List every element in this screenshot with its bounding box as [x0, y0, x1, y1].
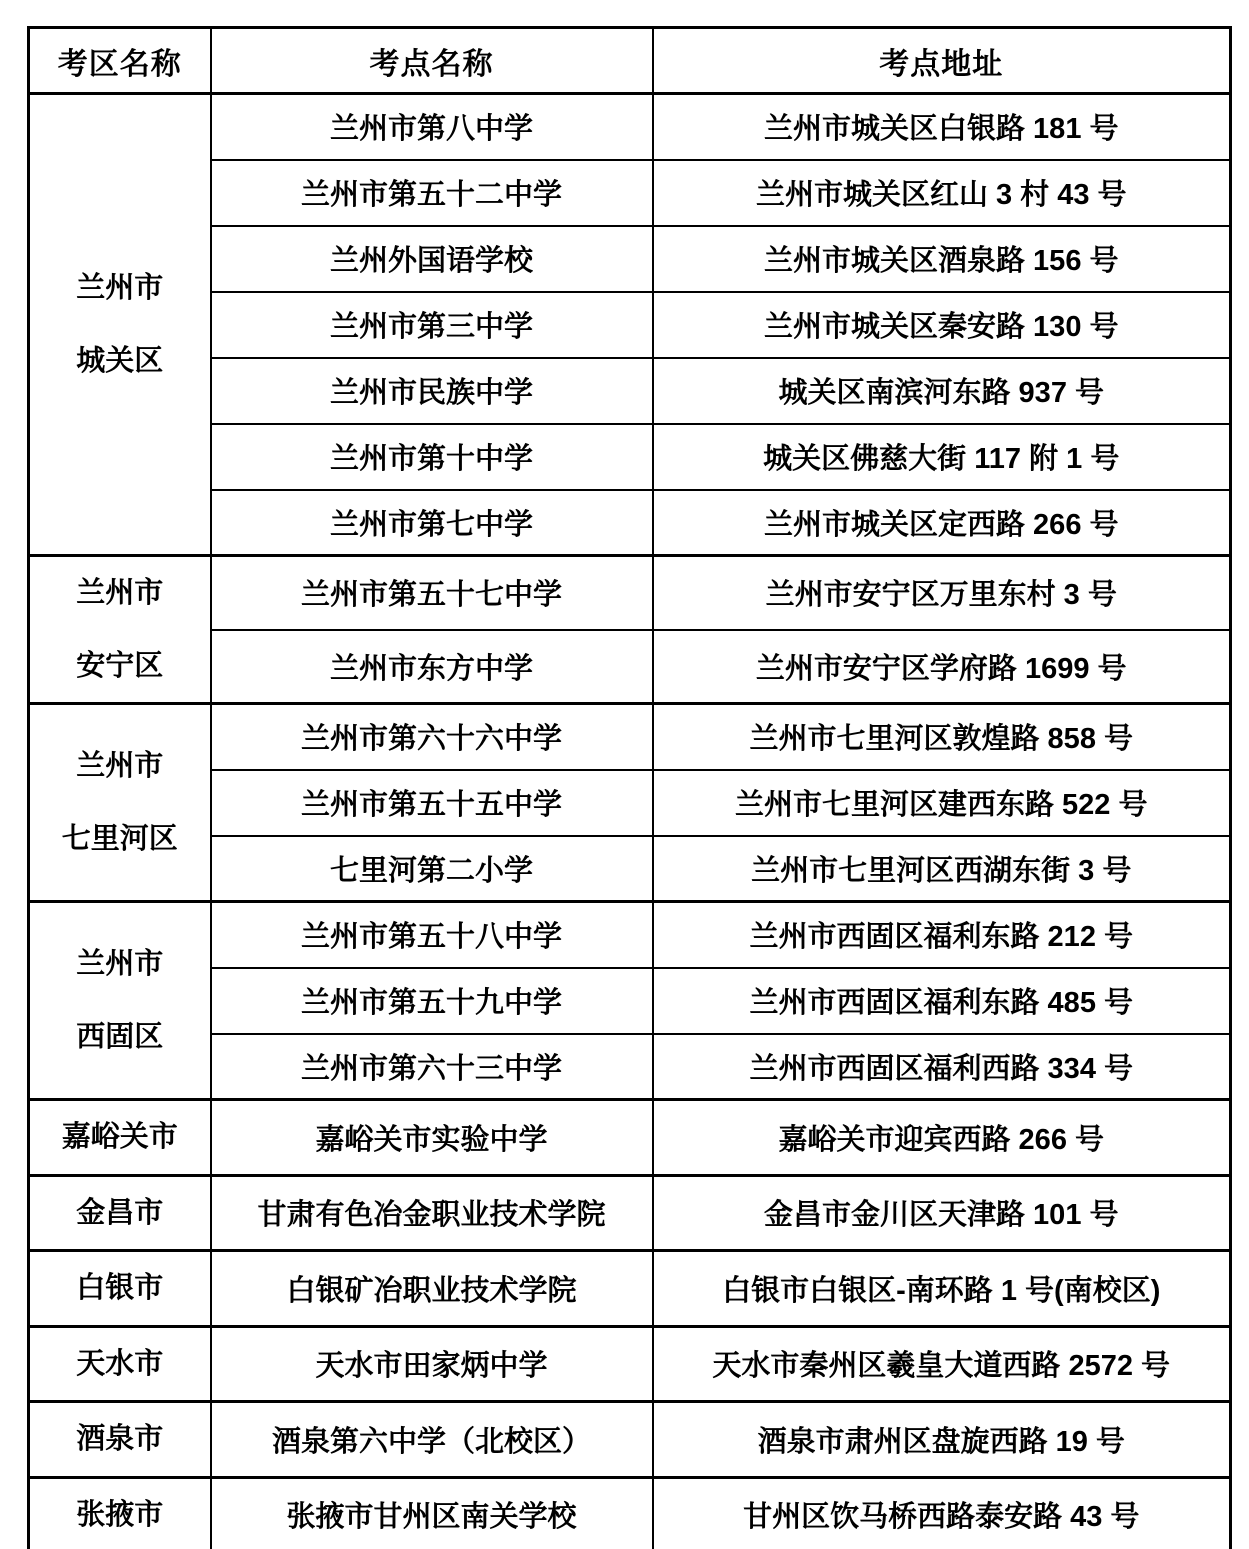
site-address-cell: 兰州市城关区酒泉路 156 号 [653, 226, 1231, 292]
site-address-cell: 城关区南滨河东路 937 号 [653, 358, 1231, 424]
site-name-cell: 嘉峪关市实验中学 [211, 1100, 653, 1176]
district-cell: 酒泉市 [29, 1402, 211, 1478]
page: 考区名称 考点名称 考点地址 兰州市城关区兰州市第八中学兰州市城关区白银路 18… [0, 0, 1249, 1549]
site-name-cell: 兰州市第十中学 [211, 424, 653, 490]
site-name-cell: 兰州市第五十七中学 [211, 556, 653, 630]
site-address-cell: 兰州市城关区定西路 266 号 [653, 490, 1231, 556]
site-name-cell: 兰州市第三中学 [211, 292, 653, 358]
site-address-cell: 天水市秦州区羲皇大道西路 2572 号 [653, 1326, 1231, 1402]
district-line: 嘉峪关市 [30, 1101, 210, 1174]
site-address-cell: 兰州市西固区福利东路 485 号 [653, 968, 1231, 1034]
site-address-cell: 兰州市西固区福利西路 334 号 [653, 1034, 1231, 1100]
site-address-cell: 兰州市城关区白银路 181 号 [653, 94, 1231, 160]
district-line: 西固区 [30, 1001, 210, 1074]
site-name-cell: 张掖市甘州区南关学校 [211, 1477, 653, 1549]
district-cell: 张掖市 [29, 1477, 211, 1549]
district-line: 张掖市 [30, 1479, 210, 1549]
district-line: 白银市 [30, 1252, 210, 1325]
site-name-cell: 兰州市东方中学 [211, 630, 653, 704]
table-row: 兰州市七里河区兰州市第六十六中学兰州市七里河区敦煌路 858 号 [29, 704, 1231, 770]
site-address-cell: 酒泉市肃州区盘旋西路 19 号 [653, 1402, 1231, 1478]
site-name-cell: 兰州市第五十二中学 [211, 160, 653, 226]
district-line: 酒泉市 [30, 1403, 210, 1476]
header-site-address: 考点地址 [653, 28, 1231, 94]
site-address-cell: 兰州市安宁区万里东村 3 号 [653, 556, 1231, 630]
table-row: 天水市天水市田家炳中学天水市秦州区羲皇大道西路 2572 号 [29, 1326, 1231, 1402]
district-cell: 兰州市城关区 [29, 94, 211, 556]
district-cell: 兰州市安宁区 [29, 556, 211, 704]
table-header-row: 考区名称 考点名称 考点地址 [29, 28, 1231, 94]
site-name-cell: 兰州市第六十三中学 [211, 1034, 653, 1100]
header-site-name: 考点名称 [211, 28, 653, 94]
site-address-cell: 城关区佛慈大街 117 附 1 号 [653, 424, 1231, 490]
district-line: 安宁区 [30, 630, 210, 703]
district-cell: 兰州市七里河区 [29, 704, 211, 902]
district-cell: 白银市 [29, 1251, 211, 1327]
site-address-cell: 兰州市城关区秦安路 130 号 [653, 292, 1231, 358]
site-name-cell: 酒泉第六中学（北校区） [211, 1402, 653, 1478]
site-name-cell: 兰州市第六十六中学 [211, 704, 653, 770]
district-line: 金昌市 [30, 1177, 210, 1250]
site-address-cell: 白银市白银区-南环路 1 号(南校区) [653, 1251, 1231, 1327]
header-district-name: 考区名称 [29, 28, 211, 94]
site-address-cell: 兰州市安宁区学府路 1699 号 [653, 630, 1231, 704]
district-cell: 金昌市 [29, 1175, 211, 1251]
site-address-cell: 兰州市七里河区建西东路 522 号 [653, 770, 1231, 836]
site-address-cell: 兰州市七里河区西湖东街 3 号 [653, 836, 1231, 902]
site-name-cell: 兰州市第五十八中学 [211, 902, 653, 968]
table-row: 兰州市西固区兰州市第五十八中学兰州市西固区福利东路 212 号 [29, 902, 1231, 968]
site-name-cell: 兰州市第五十五中学 [211, 770, 653, 836]
site-address-cell: 兰州市西固区福利东路 212 号 [653, 902, 1231, 968]
site-name-cell: 兰州外国语学校 [211, 226, 653, 292]
site-address-cell: 甘州区饮马桥西路泰安路 43 号 [653, 1477, 1231, 1549]
table-row: 嘉峪关市嘉峪关市实验中学嘉峪关市迎宾西路 266 号 [29, 1100, 1231, 1176]
table-row: 白银市白银矿冶职业技术学院白银市白银区-南环路 1 号(南校区) [29, 1251, 1231, 1327]
table-row: 金昌市甘肃有色冶金职业技术学院金昌市金川区天津路 101 号 [29, 1175, 1231, 1251]
district-cell: 嘉峪关市 [29, 1100, 211, 1176]
site-address-cell: 金昌市金川区天津路 101 号 [653, 1175, 1231, 1251]
site-address-cell: 兰州市城关区红山 3 村 43 号 [653, 160, 1231, 226]
district-line: 天水市 [30, 1328, 210, 1401]
site-name-cell: 兰州市第七中学 [211, 490, 653, 556]
site-name-cell: 七里河第二小学 [211, 836, 653, 902]
table-row: 兰州市城关区兰州市第八中学兰州市城关区白银路 181 号 [29, 94, 1231, 160]
district-cell: 兰州市西固区 [29, 902, 211, 1100]
site-name-cell: 兰州市第八中学 [211, 94, 653, 160]
site-name-cell: 天水市田家炳中学 [211, 1326, 653, 1402]
table-row: 酒泉市酒泉第六中学（北校区）酒泉市肃州区盘旋西路 19 号 [29, 1402, 1231, 1478]
site-name-cell: 兰州市民族中学 [211, 358, 653, 424]
table-row: 兰州市安宁区兰州市第五十七中学兰州市安宁区万里东村 3 号 [29, 556, 1231, 630]
site-address-cell: 兰州市七里河区敦煌路 858 号 [653, 704, 1231, 770]
exam-sites-table: 考区名称 考点名称 考点地址 兰州市城关区兰州市第八中学兰州市城关区白银路 18… [27, 26, 1232, 1549]
site-name-cell: 甘肃有色冶金职业技术学院 [211, 1175, 653, 1251]
site-name-cell: 白银矿冶职业技术学院 [211, 1251, 653, 1327]
table-row: 张掖市张掖市甘州区南关学校甘州区饮马桥西路泰安路 43 号 [29, 1477, 1231, 1549]
district-line: 兰州市 [30, 252, 210, 325]
district-cell: 天水市 [29, 1326, 211, 1402]
district-line: 兰州市 [30, 928, 210, 1001]
district-line: 兰州市 [30, 730, 210, 803]
district-line: 七里河区 [30, 803, 210, 876]
district-line: 兰州市 [30, 557, 210, 630]
site-name-cell: 兰州市第五十九中学 [211, 968, 653, 1034]
site-address-cell: 嘉峪关市迎宾西路 266 号 [653, 1100, 1231, 1176]
district-line: 城关区 [30, 325, 210, 398]
